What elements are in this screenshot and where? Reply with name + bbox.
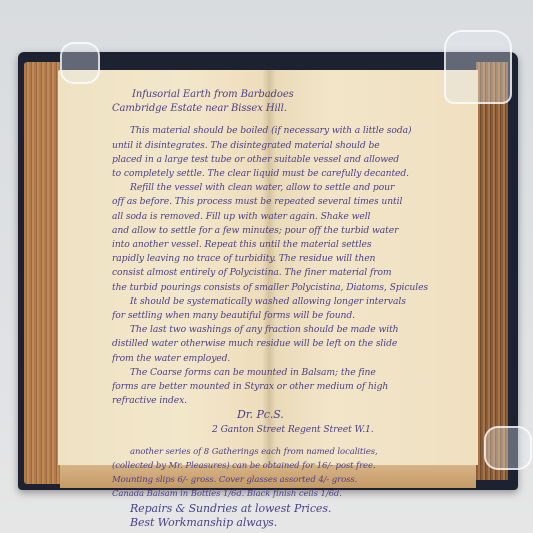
text-line: placed in a large test tube or other sui… xyxy=(112,153,474,167)
plastic-clip-top-right xyxy=(444,30,512,104)
text-line: into another vessel. Repeat this until t… xyxy=(112,238,474,252)
text-line: It should be systematically washed allow… xyxy=(112,295,474,309)
text-line: Refill the vessel with clean water, allo… xyxy=(112,181,474,195)
text-line: consist almost entirely of Polycistina. … xyxy=(112,266,474,280)
plastic-clip-bottom-right xyxy=(484,426,532,470)
text-line: refractive index. xyxy=(112,394,474,408)
page-edges-right xyxy=(476,62,508,480)
text-line: The last two washings of any fraction sh… xyxy=(112,323,474,337)
subtitle-line: Cambridge Estate near Bissex Hill. xyxy=(112,102,474,116)
price-line: Canada Balsam in Bottles 1/6d. Black fin… xyxy=(112,487,474,501)
plastic-clip-top-left xyxy=(60,42,100,84)
text-line: to completely settle. The clear liquid m… xyxy=(112,167,474,181)
photo-scene: Infusorial Earth from Barbadoes Cambridg… xyxy=(0,0,533,533)
text-line: rapidly leaving no trace of turbidity. T… xyxy=(112,252,474,266)
price-line: Mounting slips 6/- gross. Cover glasses … xyxy=(112,473,474,487)
text-line: until it disintegrates. The disintegrate… xyxy=(112,139,474,153)
text-line: The Coarse forms can be mounted in Balsa… xyxy=(112,366,474,380)
text-line: for settling when many beautiful forms w… xyxy=(112,309,474,323)
handwritten-text: Infusorial Earth from Barbadoes Cambridg… xyxy=(112,88,474,458)
footer-line: Best Workmanship always. xyxy=(112,516,474,530)
page-edges-left xyxy=(24,62,60,484)
text-line: and allow to settle for a few minutes; p… xyxy=(112,224,474,238)
footer-line: Repairs & Sundries at lowest Prices. xyxy=(112,502,474,516)
text-line: distilled water otherwise much residue w… xyxy=(112,337,474,351)
title-line: Infusorial Earth from Barbadoes xyxy=(112,88,474,102)
text-line: all soda is removed. Fill up with water … xyxy=(112,210,474,224)
text-line: the turbid pourings consists of smaller … xyxy=(112,281,474,295)
note-line: (collected by Mr. Pleasures) can be obta… xyxy=(112,459,474,473)
text-line: from the water employed. xyxy=(112,352,474,366)
text-line: off as before. This process must be repe… xyxy=(112,195,474,209)
note-line: another series of 8 Gatherings each from… xyxy=(112,445,474,459)
text-line: This material should be boiled (if neces… xyxy=(112,124,474,138)
signature: Dr. Pc.S. xyxy=(112,408,474,422)
address-line: 2 Ganton Street Regent Street W.1. xyxy=(112,423,474,437)
text-line: forms are better mounted in Styrax or ot… xyxy=(112,380,474,394)
